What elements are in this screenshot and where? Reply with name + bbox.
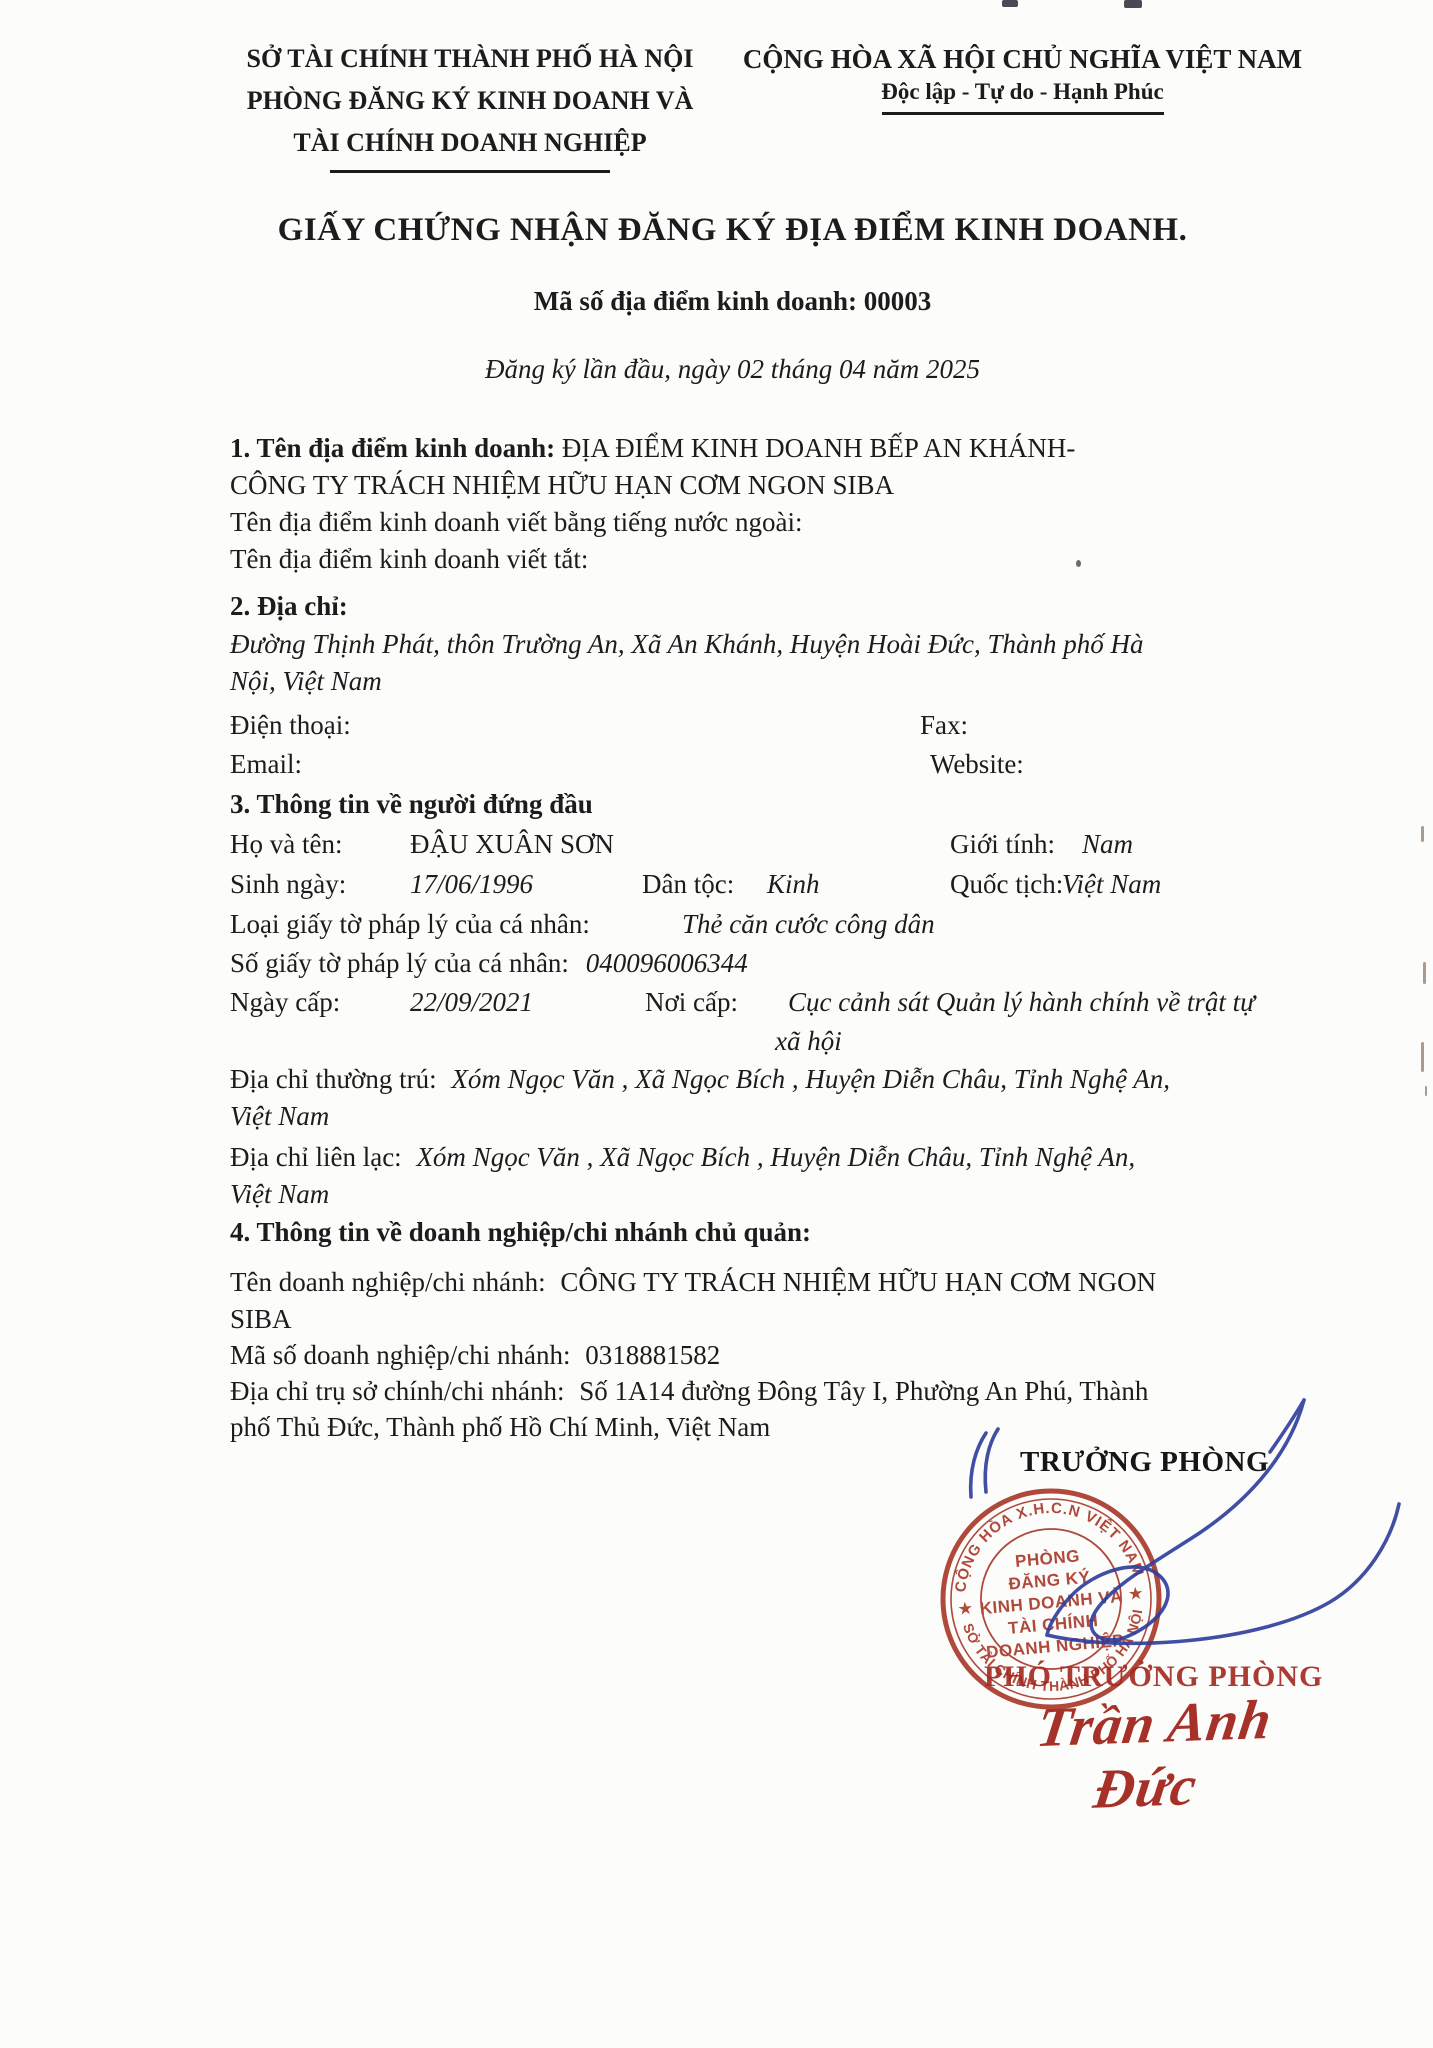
gender-value: Nam — [1082, 824, 1133, 864]
scan-artifact-edge3 — [1421, 1042, 1424, 1072]
scan-artifact-top1 — [1002, 0, 1018, 7]
issue-place-line1: Cục cảnh sát Quản lý hành chính về trật … — [788, 983, 1255, 1022]
fax-label: Fax: — [920, 706, 968, 745]
section2-label: 2. Địa chỉ: — [230, 591, 348, 621]
ethnicity-value: Kinh — [767, 864, 820, 904]
id-type-row: Loại giấy tờ pháp lý của cá nhân: Thẻ că… — [230, 904, 1270, 944]
national-motto: Độc lập - Tự do - Hạnh Phúc — [740, 76, 1305, 108]
foreign-name-row: Tên địa điểm kinh doanh viết bằng tiếng … — [230, 504, 1270, 541]
location-address-line2: Nội, Việt Nam — [230, 666, 382, 696]
certificate-page: SỞ TÀI CHÍNH THÀNH PHỐ HÀ NỘI PHÒNG ĐĂNG… — [0, 0, 1433, 2048]
id-number-label: Số giấy tờ pháp lý của cá nhân: — [230, 948, 569, 978]
section4-label: 4. Thông tin về doanh nghiệp/chi nhánh c… — [230, 1217, 811, 1247]
stamp-center-line1: PHÒNG — [1014, 1546, 1080, 1571]
scan-artifact-top2 — [1124, 0, 1142, 8]
address-line1: Đường Thịnh Phát, thôn Trường An, Xã An … — [230, 626, 1270, 663]
phone-fax-row: Điện thoại: Fax: — [230, 706, 1270, 745]
id-number-value: 040096006344 — [586, 948, 748, 978]
company-name-line1: CÔNG TY TRÁCH NHIỆM HỮU HẠN CƠM NGON — [560, 1267, 1156, 1297]
scan-artifact-edge2 — [1423, 962, 1426, 984]
registration-date-line: Đăng ký lần đầu, ngày 02 tháng 04 năm 20… — [60, 354, 1405, 385]
authority-line1: SỞ TÀI CHÍNH THÀNH PHỐ HÀ NỘI — [235, 38, 705, 80]
gender-label: Giới tính: — [950, 824, 1055, 864]
company-code-label: Mã số doanh nghiệp/chi nhánh: — [230, 1340, 570, 1370]
motto-underline — [882, 112, 1164, 115]
document-title: GIẤY CHỨNG NHẬN ĐĂNG KÝ ĐỊA ĐIỂM KINH DO… — [60, 212, 1405, 249]
section1-line1: 1. Tên địa điểm kinh doanh: ĐỊA ĐIỂM KIN… — [230, 430, 1270, 467]
nationality-label: Quốc tịch: — [950, 864, 1063, 904]
national-motto-block: CỘNG HÒA XÃ HỘI CHỦ NGHĨA VIỆT NAM Độc l… — [740, 42, 1305, 115]
short-name-label: Tên địa điểm kinh doanh viết tắt: — [230, 544, 588, 574]
contact-address-label: Địa chỉ liên lạc: — [230, 1142, 402, 1172]
perm-address-line2: Việt Nam — [230, 1101, 329, 1131]
document-body: 1. Tên địa điểm kinh doanh: ĐỊA ĐIỂM KIN… — [230, 430, 1270, 1445]
contact-address-line1: Xóm Ngọc Văn , Xã Ngọc Bích , Huyện Diễn… — [416, 1142, 1135, 1172]
address-line2: Nội, Việt Nam — [230, 663, 1270, 700]
company-code-row: Mã số doanh nghiệp/chi nhánh: 0318881582 — [230, 1337, 1270, 1373]
hq-address-row1: Địa chỉ trụ sở chính/chi nhánh: Số 1A14 … — [230, 1373, 1270, 1409]
authority-underline — [330, 170, 610, 173]
perm-address-label: Địa chỉ thường trú: — [230, 1064, 437, 1094]
company-name-row2: SIBA — [230, 1301, 1270, 1337]
company-code-value: 0318881582 — [585, 1340, 720, 1370]
stamp-star-right-icon: ★ — [1128, 1585, 1143, 1603]
issue-row: Ngày cấp: 22/09/2021 Nơi cấp: Cục cảnh s… — [230, 983, 1270, 1022]
issue-place-label: Nơi cấp: — [645, 983, 738, 1022]
authority-line3: TÀI CHÍNH DOANH NGHIỆP — [235, 122, 705, 164]
hq-address-line1: Số 1A14 đường Đông Tây I, Phường An Phú,… — [579, 1376, 1148, 1406]
section3-label: 3. Thông tin về người đứng đầu — [230, 789, 593, 819]
national-title: CỘNG HÒA XÃ HỘI CHỦ NGHĨA VIỆT NAM — [740, 42, 1305, 76]
issue-place-line2: xã hội — [775, 1022, 842, 1061]
id-type-label: Loại giấy tờ pháp lý của cá nhân: — [230, 909, 590, 939]
dob-row: Sinh ngày: 17/06/1996 Dân tộc: Kinh Quốc… — [230, 864, 1270, 904]
stamp-center-line5: DOANH NGHIỆP — [985, 1631, 1124, 1662]
location-name-line1: ĐỊA ĐIỂM KINH DOANH BẾP AN KHÁNH- — [562, 433, 1075, 463]
dob-value: 17/06/1996 — [410, 864, 533, 904]
signer-name: Trần Anh Đức — [970, 1686, 1330, 1826]
fullname-value: ĐẬU XUÂN SƠN — [410, 824, 614, 864]
perm-address-row1: Địa chỉ thường trú: Xóm Ngọc Văn , Xã Ng… — [230, 1061, 1270, 1098]
short-name-row: Tên địa điểm kinh doanh viết tắt: — [230, 541, 1270, 578]
hq-address-label: Địa chỉ trụ sở chính/chi nhánh: — [230, 1376, 564, 1406]
company-name-line2: SIBA — [230, 1304, 292, 1334]
issue-date-label: Ngày cấp: — [230, 987, 340, 1017]
section2-heading: 2. Địa chỉ: — [230, 586, 1270, 626]
issuing-authority-block: SỞ TÀI CHÍNH THÀNH PHỐ HÀ NỘI PHÒNG ĐĂNG… — [235, 38, 705, 173]
scan-artifact-dot — [1076, 560, 1081, 567]
issue-place-cont-row: xã hội — [230, 1022, 1270, 1061]
perm-address-line1: Xóm Ngọc Văn , Xã Ngọc Bích , Huyện Diễn… — [451, 1064, 1170, 1094]
company-name-row1: Tên doanh nghiệp/chi nhánh: CÔNG TY TRÁC… — [230, 1264, 1270, 1301]
location-name-line2: CÔNG TY TRÁCH NHIỆM HỮU HẠN CƠM NGON SIB… — [230, 470, 894, 500]
scan-artifact-edge4 — [1425, 1086, 1427, 1096]
hq-address-row2: phố Thủ Đức, Thành phố Hồ Chí Minh, Việt… — [230, 1409, 1270, 1445]
email-label: Email: — [230, 749, 302, 779]
section3-heading: 3. Thông tin về người đứng đầu — [230, 784, 1270, 824]
stamp-center-line3: KINH DOANH VÀ — [979, 1587, 1124, 1618]
dob-label: Sinh ngày: — [230, 869, 346, 899]
section4-heading: 4. Thông tin về doanh nghiệp/chi nhánh c… — [230, 1212, 1270, 1252]
section1-label: 1. Tên địa điểm kinh doanh: — [230, 433, 555, 463]
phone-label: Điện thoại: — [230, 710, 351, 740]
business-location-code: Mã số địa điểm kinh doanh: 00003 — [60, 286, 1405, 317]
location-address-line1: Đường Thịnh Phát, thôn Trường An, Xã An … — [230, 629, 1144, 659]
website-label: Website: — [930, 745, 1024, 784]
id-number-row: Số giấy tờ pháp lý của cá nhân: 04009600… — [230, 944, 1270, 983]
authority-line2: PHÒNG ĐĂNG KÝ KINH DOANH VÀ — [235, 80, 705, 122]
scan-artifact-edge1 — [1421, 826, 1424, 842]
stamp-star-left-icon: ★ — [958, 1600, 973, 1618]
perm-address-row2: Việt Nam — [230, 1098, 1270, 1134]
hq-address-line2: phố Thủ Đức, Thành phố Hồ Chí Minh, Việt… — [230, 1412, 770, 1442]
foreign-name-label: Tên địa điểm kinh doanh viết bằng tiếng … — [230, 507, 803, 537]
contact-address-row1: Địa chỉ liên lạc: Xóm Ngọc Văn , Xã Ngọc… — [230, 1139, 1270, 1176]
fullname-row: Họ và tên: ĐẬU XUÂN SƠN Giới tính: Nam — [230, 824, 1270, 864]
ethnicity-label: Dân tộc: — [642, 864, 734, 904]
fullname-label: Họ và tên: — [230, 829, 342, 859]
id-type-value: Thẻ căn cước công dân — [682, 904, 935, 944]
contact-address-row2: Việt Nam — [230, 1176, 1270, 1212]
section1-line2: CÔNG TY TRÁCH NHIỆM HỮU HẠN CƠM NGON SIB… — [230, 467, 1270, 504]
nationality-value: Việt Nam — [1062, 864, 1161, 904]
ink-slash — [1270, 1400, 1304, 1452]
contact-address-line2: Việt Nam — [230, 1179, 329, 1209]
issue-date-value: 22/09/2021 — [410, 983, 533, 1022]
email-website-row: Email: Website: — [230, 745, 1270, 784]
company-name-label: Tên doanh nghiệp/chi nhánh: — [230, 1267, 546, 1297]
